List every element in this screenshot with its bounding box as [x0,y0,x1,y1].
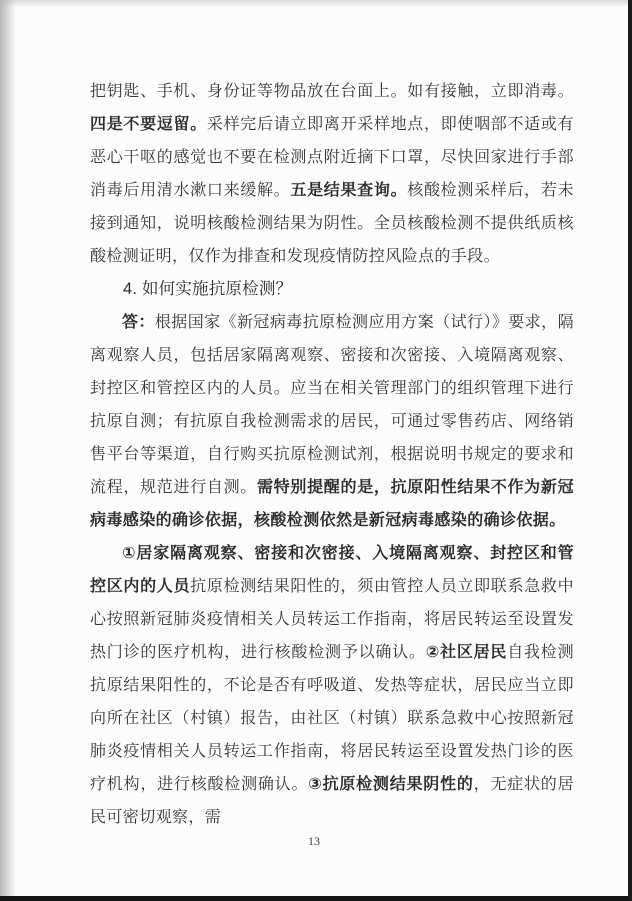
emphasis-text-run: ②社区居民 [426,644,507,661]
body-text-run: 4. 如何实施抗原检测？ [123,280,292,298]
document-body: 把钥匙、手机、身份证等物品放在台面上。如有接触，立即消毒。四是不要逗留。采样完后… [90,75,574,834]
scanned-document-page: 把钥匙、手机、身份证等物品放在台面上。如有接触，立即消毒。四是不要逗留。采样完后… [0,0,632,901]
emphasis-text-run: 四是不要逗留。 [90,116,207,133]
body-text-run: 自我检测抗原结果阳性的，不论是否有呼吸道、发热等症状，居民应当立即向所在社区（村… [90,644,574,793]
body-text-run: 根据国家《新冠病毒抗原检测应用方案（试行）》要求，隔离观察人员，包括居家隔离观察… [90,314,574,496]
scan-edge-left [0,0,16,896]
paragraph-antigen-result-handling: ①居家隔离观察、密接和次密接、入境隔离观察、封控区和管控区内的人员抗原检测结果阳… [90,537,574,834]
emphasis-text-run: 答： [122,314,155,331]
paragraph-question-4: 4. 如何实施抗原检测？ [90,273,574,306]
body-text-run: 把钥匙、手机、身份证等物品放在台面上。如有接触，立即消毒。 [90,83,574,100]
scan-edge-top [0,0,628,7]
page-number: 13 [0,834,628,849]
paragraph-answer-4: 答：根据国家《新冠病毒抗原检测应用方案（试行）》要求，隔离观察人员，包括居家隔离… [90,306,574,537]
emphasis-text-run: 五是结果查询。 [290,182,407,199]
emphasis-text-run: ③抗原检测结果阴性的 [308,776,473,793]
paragraph-sampling-tips-continued: 把钥匙、手机、身份证等物品放在台面上。如有接触，立即消毒。四是不要逗留。采样完后… [90,75,574,273]
